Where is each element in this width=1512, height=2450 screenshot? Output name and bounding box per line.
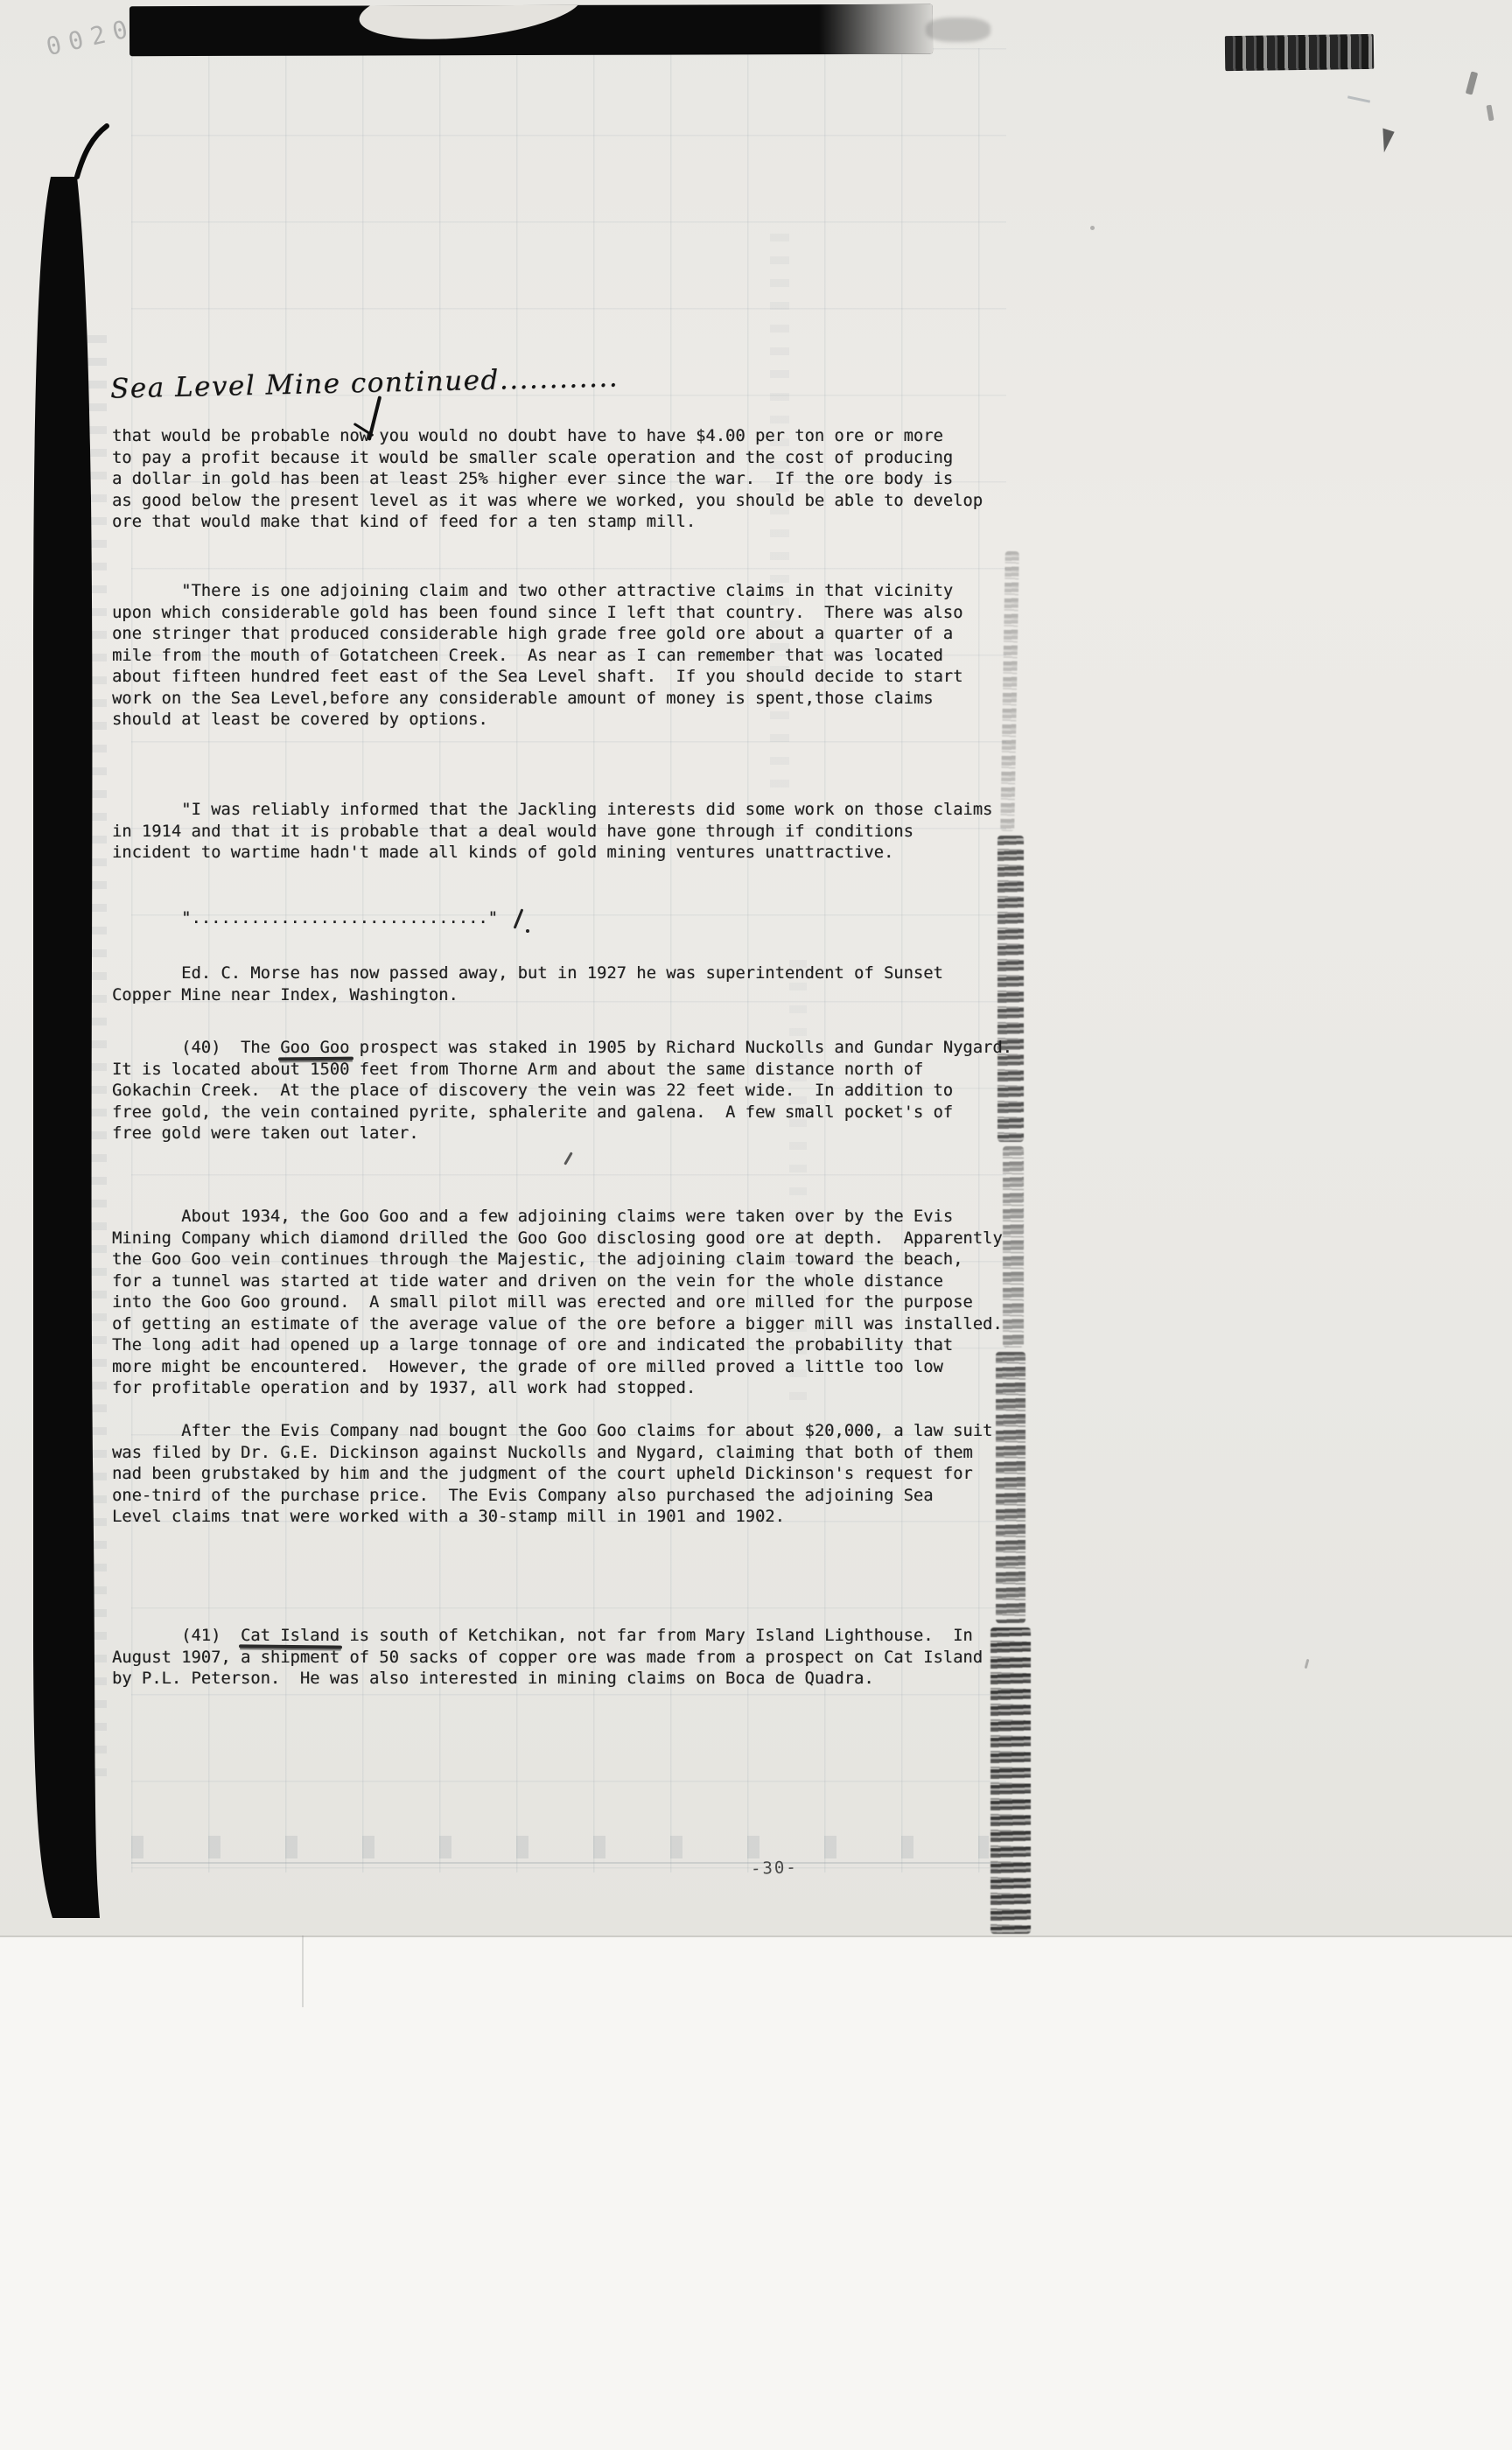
typed-paragraph: (40) The Goo Goo prospect was staked in … xyxy=(112,1038,1057,1145)
photocopy-left-black-edge xyxy=(12,122,121,1960)
band-gray-tail xyxy=(926,17,990,42)
typed-paragraph: Ed. C. Morse has now passed away, but in… xyxy=(112,963,1057,1006)
bleed-through-number-row xyxy=(131,1836,989,1858)
typed-paragraph: About 1934, the Goo Goo and a few adjoin… xyxy=(112,1207,1057,1400)
handwritten-check-mark xyxy=(512,908,538,936)
bleed-through-rule xyxy=(131,1862,997,1864)
typed-paragraph: (41) Cat Island is south of Ketchikan, n… xyxy=(112,1626,1057,1690)
photocopy-top-black-band xyxy=(129,4,933,56)
page-number: -30- xyxy=(751,1858,799,1879)
handwritten-slash-over-now xyxy=(360,395,395,444)
typed-paragraph: "I was reliably informed that the Jackli… xyxy=(112,800,1057,864)
bleed-through-grid xyxy=(131,48,1006,1872)
typed-paragraph: After the Evis Company nad bougnt the Go… xyxy=(112,1421,1057,1529)
scan-background-below-sheet xyxy=(0,1935,1512,2450)
page-curl-highlight xyxy=(356,4,585,49)
typed-paragraph: that would be probable now you would no … xyxy=(112,426,1057,534)
hand-underline-goo-goo xyxy=(278,1057,353,1061)
band-right-fade xyxy=(819,4,933,54)
toner-dot xyxy=(1090,226,1095,230)
toner-patch-top-right xyxy=(1225,34,1375,71)
sheet-crease-line xyxy=(302,1935,304,2007)
typed-quote-ellipsis-line: ".............................." xyxy=(112,908,1057,930)
typed-paragraph: "There is one adjoining claim and two ot… xyxy=(112,581,1057,731)
